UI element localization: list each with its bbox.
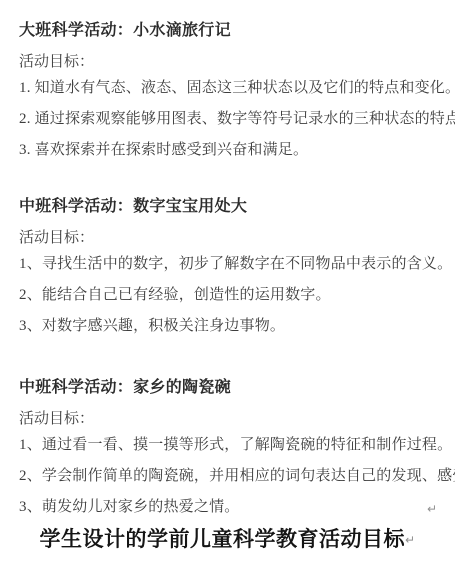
objective-item: 1、通过看一看、摸一摸等形式，了解陶瓷碗的特征和制作过程。: [19, 435, 447, 455]
goal-label: 活动目标：: [19, 409, 447, 429]
document-page: 大班科学活动：小水滴旅行记 活动目标： 1. 知道水有气态、液态、固态这三种状态…: [0, 0, 455, 517]
activity-heading: 中班科学活动：数字宝宝用处大: [19, 198, 447, 216]
objective-item: 1、寻找生活中的数字，初步了解数字在不同物品中表示的含义。: [19, 254, 447, 274]
activity-section: 中班科学活动：家乡的陶瓷碗 活动目标： 1、通过看一看、摸一摸等形式，了解陶瓷碗…: [19, 379, 447, 517]
activity-section: 大班科学活动：小水滴旅行记 活动目标： 1. 知道水有气态、液态、固态这三种状态…: [19, 22, 447, 160]
activity-section: 中班科学活动：数字宝宝用处大 活动目标： 1、寻找生活中的数字，初步了解数字在不…: [19, 198, 447, 336]
objective-item: 3、萌发幼儿对家乡的热爱之情。: [19, 497, 447, 517]
figure-caption-text: 学生设计的学前儿童科学教育活动目标: [39, 528, 405, 551]
objective-item: 3. 喜欢探索并在探索时感受到兴奋和满足。: [19, 140, 447, 160]
paragraph-mark-icon: ↵: [405, 533, 416, 547]
objective-item: 2. 通过探索观察能够用图表、数字等符号记录水的三种状态的特点: [19, 109, 447, 129]
goal-label: 活动目标：: [19, 52, 447, 72]
objective-item: 2、能结合自己已有经验，创造性的运用数字。: [19, 285, 447, 305]
activity-heading: 大班科学活动：小水滴旅行记: [19, 22, 447, 40]
figure-caption: 学生设计的学前儿童科学教育活动目标↵: [0, 528, 455, 552]
goal-label: 活动目标：: [19, 228, 447, 248]
objective-item: 3、对数字感兴趣，积极关注身边事物。: [19, 316, 447, 336]
paragraph-mark-icon: ↵: [427, 502, 437, 516]
activity-heading: 中班科学活动：家乡的陶瓷碗: [19, 379, 447, 397]
objective-item: 2、学会制作简单的陶瓷碗，并用相应的词句表达自己的发现、感受。: [19, 466, 447, 486]
objective-item: 1. 知道水有气态、液态、固态这三种状态以及它们的特点和变化。: [19, 78, 447, 98]
